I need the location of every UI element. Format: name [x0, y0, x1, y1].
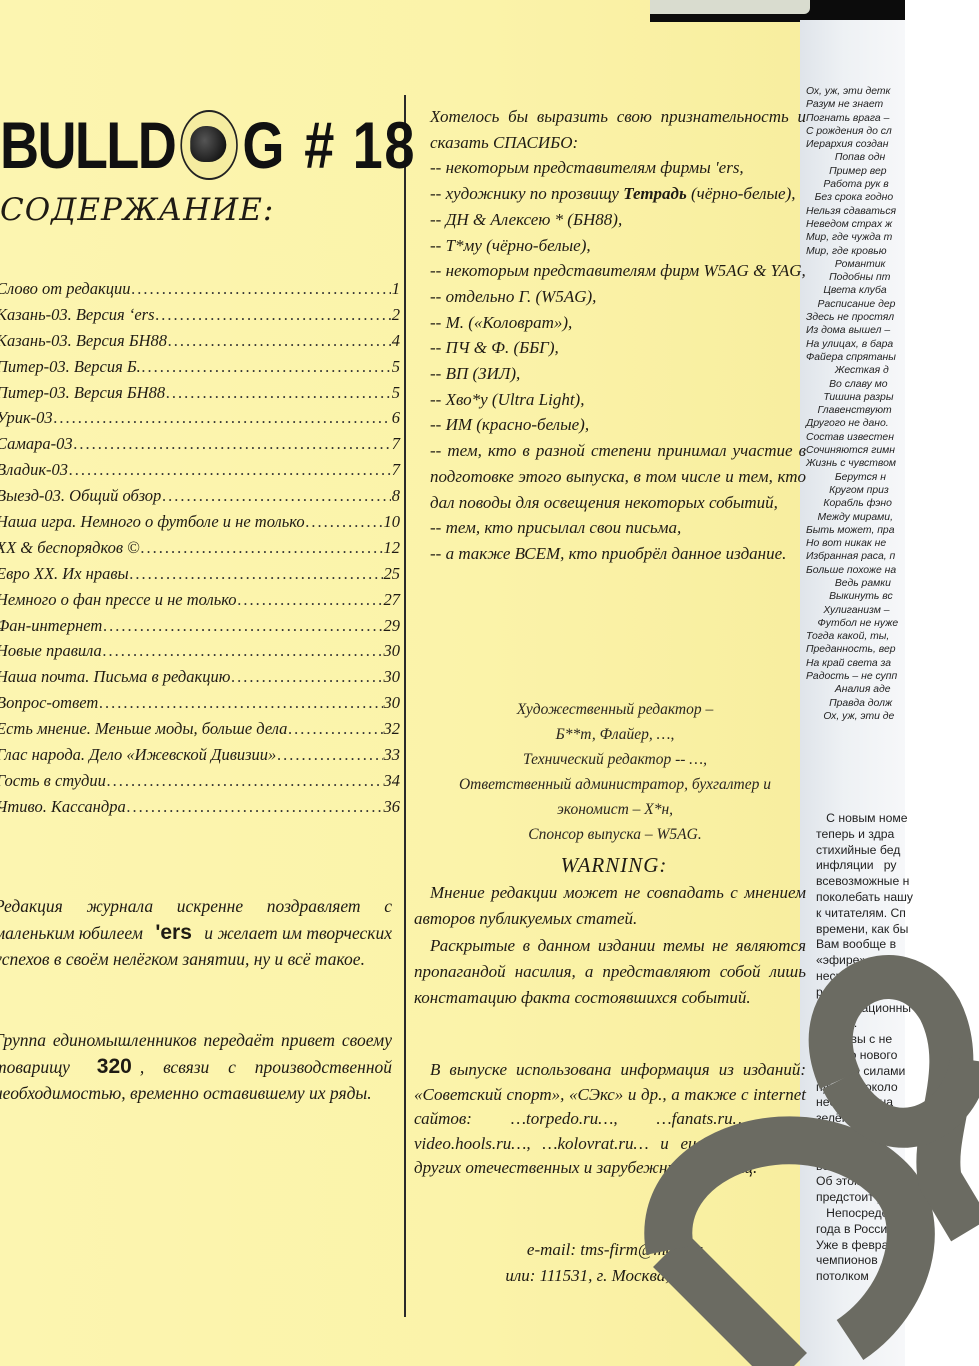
credit-line: Ответственный администратор, бухгалтер и — [420, 772, 810, 797]
prose-line: инфляции ру — [816, 858, 979, 874]
prose-line: Все вы с не — [816, 1032, 979, 1048]
toc-entry-page: 32 — [384, 719, 401, 739]
ers-badge: 'ers — [147, 921, 200, 944]
artist-name: Тетрадь — [623, 184, 687, 203]
column-divider — [404, 95, 406, 1317]
toc-entry-page: 36 — [384, 797, 401, 817]
poem-line: Между мирами, — [806, 511, 966, 524]
poem-line: Быть может, пра — [806, 524, 966, 537]
toc-leader-dots — [107, 771, 383, 791]
toc-entry-page: 5 — [392, 357, 400, 377]
poem-line: Во славу мо — [806, 378, 966, 391]
toc-leader-dots — [288, 719, 382, 739]
prose-line: информационны — [816, 1001, 979, 1017]
toc-entry-page: 34 — [384, 771, 401, 791]
thanks-item: -- ВП (ЗИЛ), — [414, 361, 806, 387]
toc-leader-dots — [69, 460, 391, 480]
issue-number: # 18 — [304, 107, 416, 183]
comrade-number-badge: 320 — [89, 1055, 140, 1078]
thanks-item: -- отдельно Г. (W5AG), — [414, 284, 806, 310]
prose-line: всевозможные н — [816, 874, 979, 890]
prose-line: нынешнего — [816, 1143, 979, 1159]
thanks-item: -- художнику по прозвищу Тетрадь (чёрно-… — [414, 181, 806, 207]
toc-entry-title: Наша почта. Письма в редакцию — [0, 667, 230, 687]
toc-entry: Слово от редакции1 — [0, 279, 400, 305]
toc-entry: Гость в студии34 — [0, 771, 400, 797]
poem-line: Ведь рамки — [806, 577, 966, 590]
poem-line: Романтик — [806, 258, 966, 271]
masthead-right: G — [242, 107, 282, 183]
poem-line: С рождения до сл — [806, 125, 966, 138]
toc-leader-dots — [162, 486, 390, 506]
toc-entry: Выезд-03. Общий обзор8 — [0, 486, 400, 512]
facing-page-poem: Ох, уж, эти деткРазум не знаетПогнать вр… — [806, 85, 966, 723]
toc-entry: Фан-интернет29 — [0, 616, 400, 642]
prose-line: Уже в феврале — [816, 1238, 979, 1254]
toc-entry-page: 30 — [384, 667, 401, 687]
thanks-section: Хотелось бы выразить свою признательност… — [414, 104, 806, 567]
poem-line: Расписание дер — [806, 298, 966, 311]
prose-line: несравненное — [816, 969, 979, 985]
toc-entry: Наша игра. Немного о футболе и не только… — [0, 512, 400, 538]
toc-entry-title: Казань-03. Версия БН88 — [0, 331, 167, 351]
poem-line: Пример вер — [806, 165, 966, 178]
thanks-item: -- некоторым представителям фирм W5AG & … — [414, 258, 806, 284]
poem-line: Больше похоже на — [806, 564, 966, 577]
prose-line: начало нового — [816, 1048, 979, 1064]
sources-section: В выпуске использована информация из изд… — [414, 1058, 806, 1181]
toc-entry-page: 5 — [392, 383, 400, 403]
credit-line: Художественный редактор – — [420, 697, 810, 722]
toc-leader-dots — [103, 641, 383, 661]
poem-line: Ох, уж, эти детк — [806, 85, 966, 98]
poem-line: Хулиганизм – — [806, 604, 966, 617]
warning-title: WARNING: — [414, 853, 814, 878]
poem-line: Иерархия создан — [806, 138, 966, 151]
prose-line: несмотря на — [816, 1095, 979, 1111]
prose-line: года в России п — [816, 1222, 979, 1238]
poem-line: На улицах, в бара — [806, 338, 966, 351]
poem-line: Нельзя сдаваться — [806, 205, 966, 218]
toc-entry: Вопрос-ответ30 — [0, 693, 400, 719]
poem-line: Жесткая д — [806, 364, 966, 377]
congratulations-notice: Редакция журнала искренне поздравляет с … — [0, 893, 392, 973]
toc-leader-dots — [74, 434, 391, 454]
toc-entry: Урик-036 — [0, 408, 400, 434]
warning-paragraph: Мнение редакции может не совпадать с мне… — [414, 880, 806, 933]
toc-entry-page: 4 — [392, 331, 400, 351]
greeting-notice: Группа единомышленников передаёт привет … — [0, 1027, 392, 1107]
poem-line: Тишина разры — [806, 391, 966, 404]
toc-leader-dots — [103, 616, 382, 636]
toc-title: СОДЕРЖАНИЕ: — [0, 192, 274, 228]
thanks-item: -- Хво*у (Ultra Light), — [414, 387, 806, 413]
prose-line: к читателям. Сп — [816, 906, 979, 922]
toc-entry: Новые правила30 — [0, 641, 400, 667]
poem-line: Погнать врага – — [806, 112, 966, 125]
toc-entry-page: 30 — [384, 641, 401, 661]
prose-line: стихийные бед — [816, 843, 979, 859]
poem-line: Берутся н — [806, 471, 966, 484]
poem-line: Другого не дано. — [806, 417, 966, 430]
toc-leader-dots — [231, 667, 382, 687]
toc-leader-dots — [166, 383, 391, 403]
toc-entry-title: Слово от редакции — [0, 279, 131, 299]
poem-line: Жизнь с чувством — [806, 457, 966, 470]
toc-entry-page: 29 — [384, 616, 401, 636]
contact-address: или: 111531, г. Москва, а/я 486 — [420, 1263, 810, 1289]
toc-entry-title: Глас народа. Дело «Ижевской Дивизии» — [0, 745, 276, 765]
prose-line: времени, как бы — [816, 922, 979, 938]
toc-entry-title: Владик-03 — [0, 460, 68, 480]
poem-line: Кругом приз — [806, 484, 966, 497]
poem-line: Тогда какой, ты, — [806, 630, 966, 643]
toc-leader-dots — [132, 279, 391, 299]
poem-line: Файера спрятаны — [806, 351, 966, 364]
prose-line: пучину около — [816, 1080, 979, 1096]
poem-line: Здесь не простял — [806, 311, 966, 324]
toc-entry: Казань-03. Версия ‘ers2 — [0, 305, 400, 331]
contact-email[interactable]: e-mail: tms-firm@mail.ru — [420, 1237, 810, 1263]
toc-entry: Самара-037 — [0, 434, 400, 460]
poem-line: Выкинуть вс — [806, 590, 966, 603]
toc-entry-title: Евро ХХ. Их нравы — [0, 564, 129, 584]
poem-line: Футбол не нуже — [806, 617, 966, 630]
toc-entry-page: 30 — [384, 693, 401, 713]
thanks-item: -- некоторым представителям фирмы 'ers, — [414, 155, 806, 181]
toc-leader-dots — [127, 797, 383, 817]
poem-line: Но вот никак не — [806, 537, 966, 550]
toc-entry-page: 27 — [384, 590, 401, 610]
toc-entry-title: Гость в студии — [0, 771, 106, 791]
credit-line: экономист – Х*н, — [420, 797, 810, 822]
poem-line: Из дома вышел – — [806, 324, 966, 337]
toc-entry-page: 6 — [392, 408, 400, 428]
toc-entry-title: Фан-интернет — [0, 616, 102, 636]
toc-entry-title: Питер-03. Версия БН88 — [0, 383, 165, 403]
toc-entry-title: Вопрос-ответ — [0, 693, 98, 713]
prose-line: чемпионов с — [816, 1253, 979, 1269]
toc-leader-dots — [54, 408, 391, 428]
toc-entry-page: 25 — [384, 564, 401, 584]
toc-leader-dots — [277, 745, 382, 765]
prose-line: рассуждения, — [816, 985, 979, 1001]
prose-line: уходить в зимн — [816, 1127, 979, 1143]
credit-line: Спонсор выпуска – W5AG. — [420, 822, 810, 847]
thanks-item: -- ИМ (красно-белые), — [414, 412, 806, 438]
thanks-item: -- тем, кто в разной степени принимал уч… — [414, 438, 806, 515]
toc-entry-page: 7 — [392, 434, 400, 454]
poem-line: Попав одн — [806, 151, 966, 164]
contact-info: e-mail: tms-firm@mail.ru или: 111531, г.… — [420, 1237, 810, 1289]
poem-line: Мир, где кровью — [806, 245, 966, 258]
toc-entry: Питер-03. Версия Б.5 — [0, 357, 400, 383]
toc-leader-dots — [99, 693, 382, 713]
toc-entry-title: Есть мнение. Меньше моды, больше дела — [0, 719, 287, 739]
toc-entry: Немного о фан прессе и не только27 — [0, 590, 400, 616]
toc-entry-title: Новые правила — [0, 641, 102, 661]
toc-entry-page: 10 — [384, 512, 401, 532]
thanks-item: -- тем, кто присылал свои письма, — [414, 515, 806, 541]
poem-line: Цвета клуба — [806, 284, 966, 297]
toc-entry: ХХ & беспорядков ©12 — [0, 538, 400, 564]
artist-suffix: (чёрно-белые), — [691, 184, 795, 203]
poem-line: Правда долж — [806, 697, 966, 710]
poem-line: Преданность, вер — [806, 643, 966, 656]
warning-paragraph: Раскрытые в данном издании темы не являю… — [414, 933, 806, 1012]
poem-line: Без срока годно — [806, 191, 966, 204]
thanks-intro: Хотелось бы выразить свою признательност… — [414, 104, 806, 155]
prose-line: всколыхнули р — [816, 1159, 979, 1175]
poem-line: Сочиняются гимн — [806, 444, 966, 457]
toc-leader-dots — [130, 564, 383, 584]
toc-entry-page: 7 — [392, 460, 400, 480]
toc-entry-title: Казань-03. Версия ‘ers — [0, 305, 155, 325]
poem-line: Подобны пт — [806, 271, 966, 284]
credit-line: Технический редактор -- …, — [420, 747, 810, 772]
toc-entry-title: Питер-03. Версия Б. — [0, 357, 141, 377]
toc-leader-dots — [142, 357, 391, 377]
bulldog-logo-icon — [180, 110, 237, 180]
prose-line: С новым номе — [816, 811, 979, 827]
toc-leader-dots — [141, 538, 383, 558]
toc-entry-page: 8 — [392, 486, 400, 506]
poem-line: Разум не знает — [806, 98, 966, 111]
prose-line: потолком котор — [816, 1269, 979, 1285]
toc-entry-title: ХХ & беспорядков © — [0, 538, 140, 558]
toc-entry: Евро ХХ. Их нравы25 — [0, 564, 400, 590]
poem-line: Состав известен — [806, 431, 966, 444]
masthead-left: BULLD — [0, 107, 175, 183]
poem-line: На край света за — [806, 657, 966, 670]
prose-line: на Вас. — [816, 1016, 979, 1032]
toc-entry: Глас народа. Дело «Ижевской Дивизии»33 — [0, 745, 400, 771]
toc-entry: Есть мнение. Меньше моды, больше дела32 — [0, 719, 400, 745]
toc-entry-title: Чтиво. Кассандра — [0, 797, 126, 817]
poem-line: Избранная раса, п — [806, 550, 966, 563]
credits: Художественный редактор – Б**т, Флайер, … — [420, 697, 810, 847]
poem-line: Работа рук в — [806, 178, 966, 191]
thanks-item: -- М. («Коловрат»), — [414, 310, 806, 336]
toc-leader-dots — [168, 331, 391, 351]
toc-entry: Наша почта. Письма в редакцию30 — [0, 667, 400, 693]
poem-line: Радость – не супп — [806, 670, 966, 683]
toc-entry: Казань-03. Версия БН884 — [0, 331, 400, 357]
poem-line: Мир, где чужда т — [806, 231, 966, 244]
credit-line: Б**т, Флайер, …, — [420, 722, 810, 747]
toc-leader-dots — [238, 590, 383, 610]
toc-entry-title: Наша игра. Немного о футболе и не только — [0, 512, 305, 532]
sources-text: В выпуске использована информация из изд… — [414, 1058, 806, 1181]
prose-line: поколебать нашу — [816, 890, 979, 906]
toc-entry: Чтиво. Кассандра36 — [0, 797, 400, 823]
prose-line: теперь и здра — [816, 827, 979, 843]
poem-line: Корабль фэно — [806, 497, 966, 510]
thanks-item: -- а также ВСЕМ, кто приобрёл данное изд… — [414, 541, 806, 567]
toc-entry-page: 12 — [384, 538, 401, 558]
toc-entry-title: Немного о фан прессе и не только — [0, 590, 237, 610]
prose-line: Непосредствен — [816, 1206, 979, 1222]
prose-line: Вам вообще в — [816, 937, 979, 953]
toc-entry: Питер-03. Версия БН885 — [0, 383, 400, 409]
toc-entry-page: 33 — [384, 745, 401, 765]
prose-line: Об этом и о мн — [816, 1174, 979, 1190]
thanks-item: -- ПЧ & Ф. (ББГ), — [414, 335, 806, 361]
toc-entry-page: 2 — [392, 305, 400, 325]
scan-edge-light — [650, 0, 810, 14]
toc-leader-dots — [306, 512, 383, 532]
thanks-item: -- ДН & Алексею * (БН88), — [414, 207, 806, 233]
poem-line: Неведом страх ж — [806, 218, 966, 231]
thanks-item: -- Т*му (чёрно-белые), — [414, 233, 806, 259]
prose-line: новыми силами — [816, 1064, 979, 1080]
facing-page-prose: С новым нометеперь и здрастихийные бедин… — [816, 811, 979, 1285]
toc-entry-title: Самара-03 — [0, 434, 73, 454]
poem-line: Главенствуют — [806, 404, 966, 417]
toc-entry-title: Урик-03 — [0, 408, 53, 428]
prose-line: «эфире». Нац — [816, 953, 979, 969]
toc-entry-page: 1 — [392, 279, 400, 299]
toc-entry-title: Выезд-03. Общий обзор — [0, 486, 161, 506]
poem-line: Ох, уж, эти де — [806, 710, 966, 723]
toc-leader-dots — [156, 305, 391, 325]
poem-line: Аналия аде — [806, 683, 966, 696]
toc-entry: Владик-037 — [0, 460, 400, 486]
masthead: BULLD G # 18 — [0, 110, 416, 180]
table-of-contents: Слово от редакции1Казань-03. Версия ‘ers… — [0, 279, 400, 823]
prose-line: предстоит узнат — [816, 1190, 979, 1206]
thanks-item-text: -- художнику по прозвищу — [430, 184, 619, 203]
prose-line: зелёных полях — [816, 1111, 979, 1127]
warning-text: Мнение редакции может не совпадать с мне… — [414, 880, 806, 1011]
